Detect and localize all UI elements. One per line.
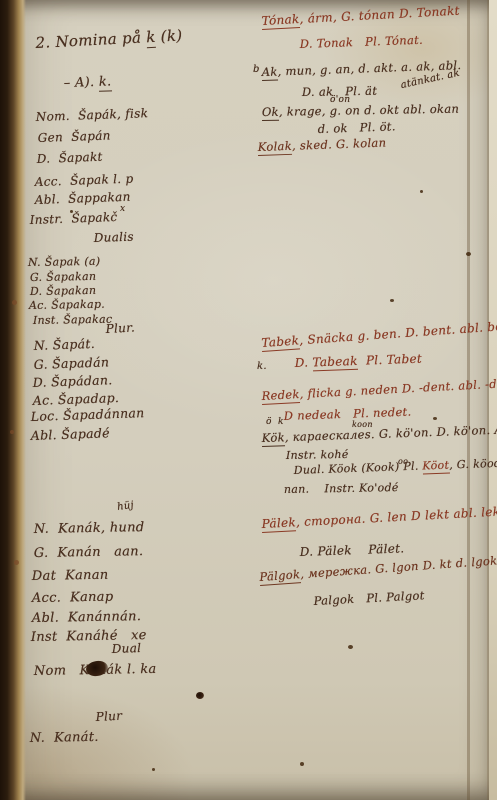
kanak-plural-line: N. Kanát. bbox=[30, 730, 99, 746]
sapak-instr-line: Instr. Šapakč bbox=[30, 210, 118, 227]
section-label-a: – A). k. bbox=[63, 74, 111, 91]
tonak-headword: Tónak bbox=[261, 12, 300, 30]
ok-text: , krage, g. on d. okt abl. okan bbox=[279, 102, 459, 119]
heading-text: (k) bbox=[155, 26, 183, 45]
kanak-gen-line: G. Kanán aan. bbox=[34, 544, 144, 561]
sapak-plur-acc-line: Ac. Šapadap. bbox=[32, 390, 119, 408]
sapak-dual-acc-line: Ac. Šapakap. bbox=[29, 298, 105, 312]
palgok-entry-line: Pälgok, мережка. G. lgon D. kt d. lgokan bbox=[259, 552, 497, 584]
sapak-dual-nom-line: N. Šapak (a) bbox=[28, 255, 101, 269]
book-binding-edge bbox=[0, 0, 26, 800]
tonak-entry-line: Tónak, árm, G. tónan D. Tonakt bbox=[261, 4, 460, 28]
tabeak-underlined: Tabeak bbox=[312, 354, 358, 372]
kolak-text: , sked. G. kolan bbox=[292, 136, 387, 153]
kok-text: , караескалеs. G. kö'on. D. kö'on. A. kö… bbox=[285, 420, 497, 444]
palgok-headword: Pälgok bbox=[259, 567, 301, 586]
sapak-dual-gen-line: G. Šapakan bbox=[30, 270, 97, 284]
kolak-headword: Kolak bbox=[258, 139, 293, 156]
redek-line2: D nedeak Pl. nedet. bbox=[284, 405, 412, 423]
tabek-headword: Tabek bbox=[261, 333, 300, 352]
rust-spot bbox=[12, 300, 17, 305]
sapak-plur-abl-line: Abl. Šapadé bbox=[30, 425, 110, 443]
kok-text: , G. köodän bbox=[449, 456, 497, 471]
kanak-acc-line: Acc. Kanap bbox=[32, 590, 114, 606]
kanak-abl-line: Abl. Kanánnán. bbox=[32, 609, 142, 626]
sapak-gen-line: Gen Šapán bbox=[38, 128, 111, 145]
ink-speck bbox=[433, 417, 437, 420]
ink-blot bbox=[196, 692, 204, 699]
next-page-edge bbox=[489, 0, 497, 800]
kanak-nom-line: N. Kanák, hund bbox=[34, 520, 145, 537]
redek-headword: Redek bbox=[261, 387, 300, 405]
sapak-acc-line: Acc. Šapak l. p bbox=[35, 172, 134, 189]
koot-underlined: Köot bbox=[422, 459, 449, 475]
ink-speck bbox=[152, 768, 155, 771]
rust-spot bbox=[14, 560, 19, 565]
tonak-line2: D. Tonak Pl. Tónat. bbox=[300, 33, 424, 51]
tabek-text: D. bbox=[295, 355, 313, 370]
sapak-plur-loc-line: Loc. Šapadánnan bbox=[30, 405, 144, 424]
sapak-plur-dat-line: D. Šapádan. bbox=[32, 372, 112, 390]
ok-line2: d. ok Pl. öt. bbox=[318, 119, 396, 136]
sapak-plur-gen-line: G. Šapadán bbox=[33, 354, 109, 372]
heading-text: 2. Nomina på bbox=[35, 28, 147, 52]
sapak-dat-line: D. Šapakt bbox=[37, 150, 103, 166]
ink-speck bbox=[300, 762, 304, 766]
sapak-dual-dat-line: D. Šapakan bbox=[30, 284, 97, 298]
kanak-dat-line: Dat Kanan bbox=[32, 568, 109, 584]
sapak-plur-nom-line: N. Šapát. bbox=[33, 336, 95, 353]
kolak-entry-line: Kolak, sked. G. kolan bbox=[258, 136, 387, 154]
page-fold-line bbox=[467, 0, 470, 800]
sapak-abl-line: Abl. Šappakan bbox=[35, 190, 131, 207]
tabek-text: Pl. Tabet bbox=[357, 352, 422, 368]
kok-entry-line: Kök, караескалеs. G. kö'on. D. kö'on. A.… bbox=[262, 420, 497, 445]
dualis-label: Dualis bbox=[94, 230, 135, 245]
kok-text: Dual. Köok (Kook) Pl. bbox=[294, 460, 423, 477]
tabek-margin-mark: k. bbox=[257, 361, 267, 372]
ink-speck bbox=[420, 190, 423, 193]
palgok-line2: Palgok Pl. Palgot bbox=[313, 588, 425, 608]
ink-speck bbox=[390, 299, 394, 302]
ak-margin-mark: b bbox=[253, 64, 260, 75]
manuscript-page: 2. Nomina på k (k) – A). k. Nom. Šapák, … bbox=[0, 0, 497, 800]
section-text: – A). bbox=[63, 75, 99, 91]
sapak-nom-line: Nom. Šapák, fisk bbox=[36, 106, 149, 124]
tonak-text: , árm, G. tónan D. Tonakt bbox=[299, 4, 460, 26]
rust-spot bbox=[10, 430, 14, 434]
palek-entry-line: Pälek, сторона. G. len D lekt abl. lekan bbox=[261, 504, 497, 531]
ok-headword: Ok bbox=[262, 105, 279, 121]
heading-nomina: 2. Nomina på k (k) bbox=[35, 26, 183, 52]
kok-diacritic-superscript: ö k bbox=[266, 417, 284, 427]
kok-line4: nan. Instr. Ko'odé bbox=[284, 481, 399, 496]
plural-label: Plur. bbox=[105, 320, 135, 336]
ink-speck bbox=[70, 210, 73, 213]
ak-headword: Ak bbox=[262, 64, 278, 81]
plur-label: Plur bbox=[95, 709, 122, 724]
instr-superscript-mark: x bbox=[120, 204, 125, 214]
tabek-line2: D. Tabeak Pl. Tabet bbox=[295, 352, 423, 370]
sapak-dual-instr-line: Inst. Šapakac bbox=[33, 313, 113, 327]
kok-instr-line: Instr. kohé bbox=[286, 448, 349, 462]
kok-headword: Kök bbox=[262, 430, 286, 447]
dual-label: Dual bbox=[112, 641, 142, 656]
ok-entry-line: Ok, krage, g. on d. okt abl. okan bbox=[262, 102, 459, 119]
kanak-superscript-note: hüj bbox=[116, 500, 134, 513]
section-k-underlined: k. bbox=[99, 74, 112, 91]
palek-headword: Pälek bbox=[261, 515, 296, 533]
ink-speck bbox=[466, 252, 471, 256]
tabek-entry-line: Tabek, Snäcka g. ben. D. bent. abl. benn… bbox=[261, 317, 497, 350]
ink-speck bbox=[348, 645, 353, 649]
redek-entry-line: Redek, flicka g. neden D. -dent. abl. -d… bbox=[261, 375, 497, 403]
palek-line2: D. Pälek Pälet. bbox=[300, 541, 405, 559]
